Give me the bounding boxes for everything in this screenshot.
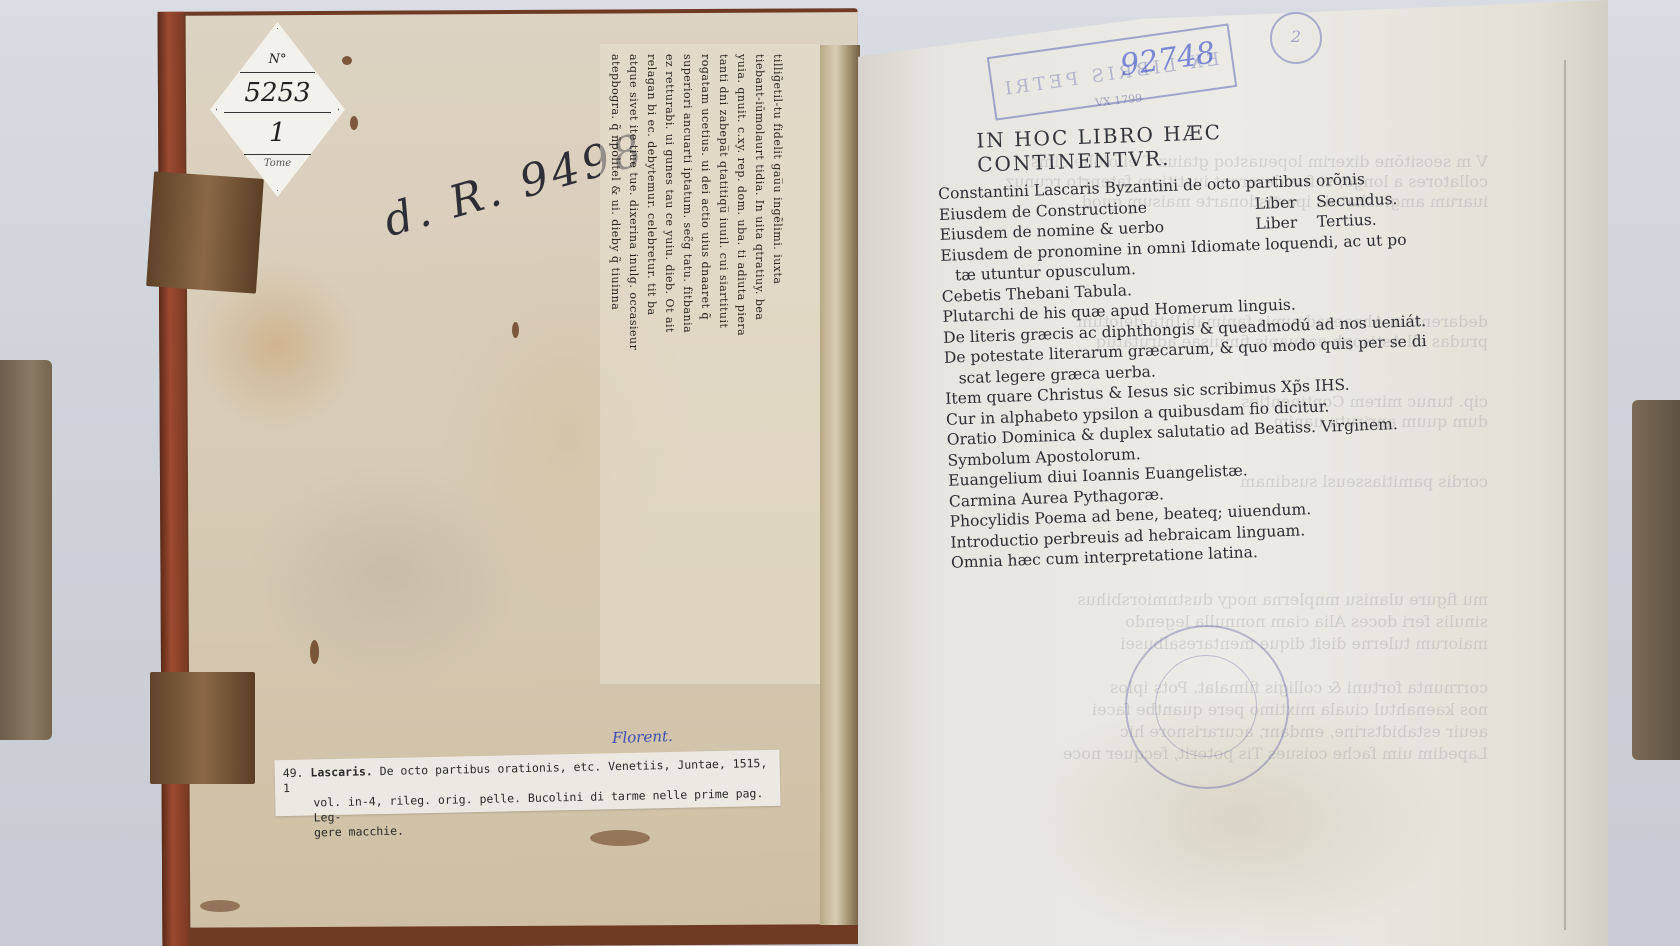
fragment-line: superiori ancuarti iptatum. sec̃g tatu. …: [680, 54, 694, 674]
binding-fragment: atepbogra. q̃ ñpolitel & ui. dieby q̃ ti…: [600, 44, 820, 684]
damage-stain: [200, 900, 240, 912]
table-of-contents: IN HOC LIBRO HÆC CONTINENTVR. Constantin…: [936, 114, 1421, 574]
ticket-rule: [240, 72, 315, 73]
fragment-line: relagan bi ec. debytemur. celebretur. ti…: [644, 54, 658, 674]
toc-liber: Liber: [1254, 193, 1296, 212]
book-gutter: [820, 45, 860, 925]
toc-liber-number: Secundus.: [1316, 189, 1398, 210]
ticket-rule: [244, 154, 311, 155]
wormhole: [310, 640, 319, 664]
toc-liber: Liber: [1255, 213, 1297, 232]
wormhole: [350, 116, 358, 130]
fragment-line: yuia. qnuit. c.xy. rep. dom. uba. ti adi…: [734, 54, 748, 674]
fragment-line: atque sivet ite tiue tue. dixerina inulg…: [626, 54, 640, 674]
toc-liber-number: Tertius.: [1317, 211, 1377, 231]
leather-tab-bottom: [150, 672, 255, 784]
neighbor-book-left: [0, 360, 52, 740]
lot-number: 49.: [283, 766, 304, 780]
catalog-label: 49. Lascaris. De octo partibus orationis…: [274, 750, 780, 817]
ticket-number: 5253: [210, 78, 345, 108]
catalog-author: Lascaris.: [310, 764, 373, 779]
ticket-label: N°: [210, 52, 345, 67]
neighbor-book-right: [1632, 400, 1680, 760]
leather-edge: [158, 12, 189, 946]
ticket-tome-label: Tome: [210, 158, 345, 169]
handwritten-correction: Florent.: [612, 727, 673, 747]
round-stamp-small: 2: [1270, 12, 1322, 64]
fragment-line: tiebant-iūmolaurt tidia. In uita qtratiu…: [752, 54, 766, 674]
fragment-line: rogatam ucetius. ui dei actio uius dnaar…: [698, 54, 712, 674]
round-stamp-large: [1125, 625, 1289, 789]
page-edge: [1564, 60, 1566, 930]
ticket-volume: 1: [210, 118, 345, 148]
wormhole: [512, 322, 519, 338]
fragment-line: tanti dni zabepa̅t qtatitiqu̅ iuuil. cui…: [716, 54, 730, 674]
fragment-line: atepbogra. q̃ ñpolitel & ui. dieby q̃ ti…: [608, 54, 622, 674]
fragment-line: tillig̃etil-tu fidelit gau̅u ingẽlimi. i…: [770, 54, 784, 674]
bleed-through-line: mu figure ulanisu mnplerna noqy dustnmio…: [938, 590, 1488, 609]
fragment-line: ez retturabi. ui gunes tau ce yuiu. dieb…: [662, 54, 676, 674]
ticket-rule: [224, 112, 331, 113]
ownership-ticket: N° 5253 1 Tome: [210, 22, 345, 197]
